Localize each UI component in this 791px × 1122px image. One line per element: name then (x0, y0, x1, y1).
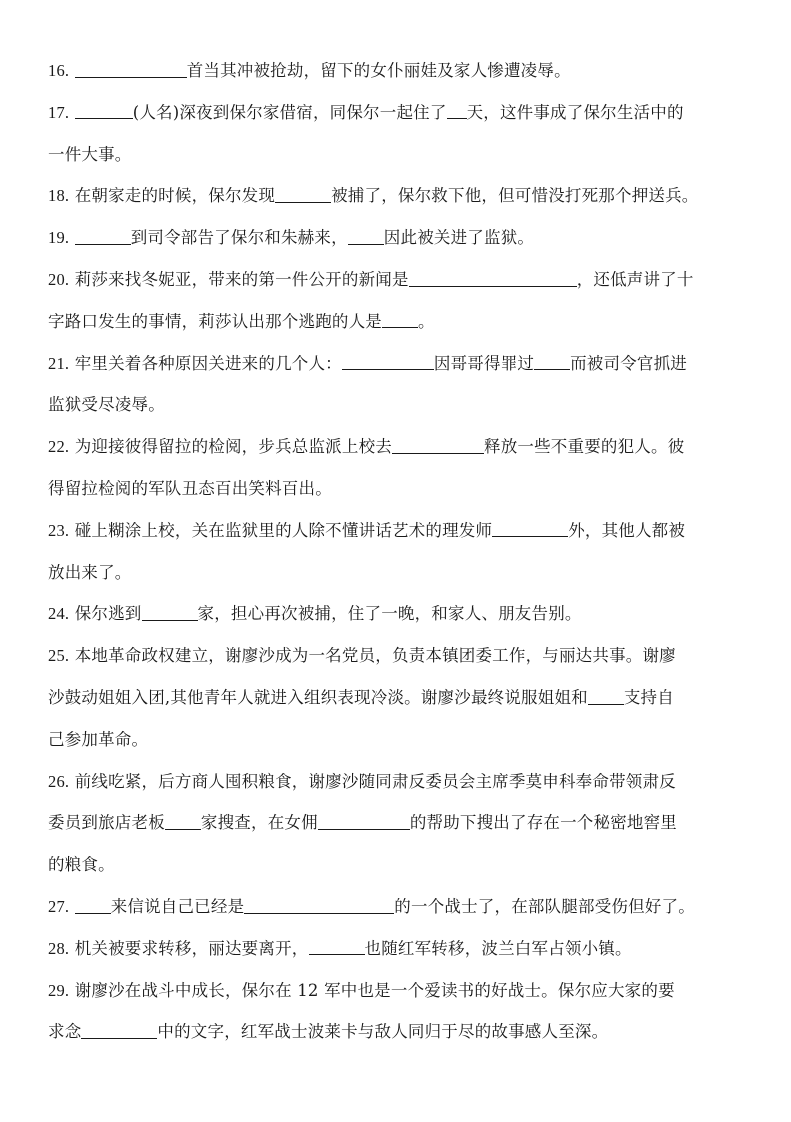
fill-in-blank[interactable] (588, 685, 624, 704)
fill-in-blank[interactable] (81, 1020, 157, 1039)
question-text: 中的文字，红军战士波莱卡与敌人同归于尽的故事感人至深。 (157, 1022, 608, 1041)
question-26-line: 的粮食。 (48, 844, 748, 886)
fill-in-blank[interactable] (75, 100, 133, 119)
question-17-line: 17. (人名)深夜到保尔家借宿，同保尔一起住了天，这件事成了保尔生活中的 (48, 92, 748, 134)
question-21-line: 监狱受尽凌辱。 (48, 384, 748, 426)
question-29-line: 求念中的文字，红军战士波莱卡与敌人同归于尽的故事感人至深。 (48, 1011, 748, 1053)
question-text: 而被司令官抓进 (570, 354, 687, 373)
question-text: 碰上糊涂上校，关在监狱里的人除不懂讲话艺术的理发师 (75, 521, 493, 540)
question-text: 因哥哥得罪过 (434, 354, 534, 373)
question-number: 28. (48, 939, 69, 958)
question-18-line: 18. 在朝家走的时候，保尔发现被捕了，保尔救下他，但可惜没打死那个押送兵。 (48, 175, 748, 217)
fill-in-blank[interactable] (165, 811, 201, 830)
question-text: 求念 (48, 1022, 81, 1041)
question-text: 到司令部告了保尔和朱赫来， (131, 228, 348, 247)
fill-in-blank[interactable] (75, 59, 187, 78)
question-19-line: 19. 到司令部告了保尔和朱赫来，因此被关进了监狱。 (48, 217, 748, 259)
question-25-line: 25. 本地革命政权建立，谢廖沙成为一名党员，负责本镇团委工作，与丽达共事。谢廖 (48, 635, 748, 677)
fill-in-blank[interactable] (142, 602, 198, 621)
question-text: 莉莎来找冬妮亚，带来的第一件公开的新闻是 (75, 270, 409, 289)
question-29-line: 29. 谢廖沙在战斗中成长，保尔在 12 军中也是一个爱读书的好战士。保尔应大家… (48, 970, 748, 1012)
fill-in-blank[interactable] (534, 351, 570, 370)
question-text: 得留拉检阅的军队丑态百出笑料百出。 (48, 479, 332, 498)
question-text: 外，其他人都被 (568, 521, 685, 540)
question-text: 的一个战士了，在部队腿部受伤但好了。 (394, 897, 695, 916)
question-text: 来信说自己已经是 (111, 897, 245, 916)
question-text: 天，这件事成了保尔生活中的 (467, 103, 684, 122)
question-text: 首当其冲被抢劫，留下的女仆丽娃及家人惨遭凌辱。 (187, 61, 571, 80)
question-text: 字路口发生的事情，莉莎认出那个逃跑的人是 (48, 312, 382, 331)
question-text: 因此被关进了监狱。 (384, 228, 534, 247)
question-text: 监狱受尽凌辱。 (48, 395, 165, 414)
question-text: 。 (418, 312, 435, 331)
fill-in-blank[interactable] (75, 226, 131, 245)
question-number: 21. (48, 354, 69, 373)
question-text: 委员到旅店老板 (48, 813, 165, 832)
question-26-line: 委员到旅店老板家搜查，在女佣的帮助下搜出了存在一个秘密地窖里 (48, 802, 748, 844)
question-22-line: 得留拉检阅的军队丑态百出笑料百出。 (48, 468, 748, 510)
question-22-line: 22. 为迎接彼得留拉的检阅，步兵总监派上校去释放一些不重要的犯人。彼 (48, 426, 748, 468)
question-number: 16. (48, 61, 69, 80)
question-text: 被捕了，保尔救下他，但可惜没打死那个押送兵。 (331, 186, 698, 205)
question-text: 支持自 (624, 688, 674, 707)
question-25-line: 沙鼓动姐姐入团,其他青年人就进入组织表现冷淡。谢廖沙最终说服姐姐和支持自 (48, 677, 748, 719)
fill-in-blank[interactable] (318, 811, 410, 830)
question-text: 前线吃紧，后方商人囤积粮食，谢廖沙随同肃反委员会主席季莫申科奉命带领肃反 (75, 772, 676, 791)
question-text: 释放一些不重要的犯人。彼 (484, 437, 684, 456)
question-number: 29. (48, 981, 69, 1000)
question-number: 23. (48, 521, 69, 540)
question-28-line: 28. 机关被要求转移，丽达要离开，也随红军转移，波兰白军占领小镇。 (48, 928, 748, 970)
question-number: 18. (48, 186, 69, 205)
question-text: 在朝家走的时候，保尔发现 (75, 186, 275, 205)
document-page: 16. 首当其冲被抢劫，留下的女仆丽娃及家人惨遭凌辱。17. (人名)深夜到保尔… (48, 50, 748, 1053)
fill-in-blank[interactable] (409, 267, 577, 286)
question-number: 17. (48, 103, 69, 122)
question-21-line: 21. 牢里关着各种原因关进来的几个人：因哥哥得罪过而被司令官抓进 (48, 343, 748, 385)
fill-in-blank[interactable] (447, 100, 467, 119)
question-text: 谢廖沙在战斗中成长，保尔在 12 军中也是一个爱读书的好战士。保尔应大家的要 (75, 981, 675, 1000)
question-text: 家，担心再次被捕，住了一晚，和家人、朋友告别。 (198, 604, 582, 623)
fill-in-blank[interactable] (275, 184, 331, 203)
fill-in-blank[interactable] (342, 351, 434, 370)
fill-in-blank[interactable] (392, 435, 484, 454)
question-text: 的粮食。 (48, 855, 115, 874)
question-20-line: 20. 莉莎来找冬妮亚，带来的第一件公开的新闻是，还低声讲了十 (48, 259, 748, 301)
question-text: 放出来了。 (48, 563, 132, 582)
question-text: (人名)深夜到保尔家借宿，同保尔一起住了 (133, 103, 447, 122)
question-number: 19. (48, 228, 69, 247)
question-text: 一件大事。 (48, 145, 132, 164)
question-17-line: 一件大事。 (48, 134, 748, 176)
question-24-line: 24. 保尔逃到家，担心再次被捕，住了一晚，和家人、朋友告别。 (48, 593, 748, 635)
question-text: 沙鼓动姐姐入团,其他青年人就进入组织表现冷淡。谢廖沙最终说服姐姐和 (48, 688, 588, 707)
question-text: 本地革命政权建立，谢廖沙成为一名党员，负责本镇团委工作，与丽达共事。谢廖 (75, 646, 676, 665)
question-27-line: 27. 来信说自己已经是的一个战士了，在部队腿部受伤但好了。 (48, 886, 748, 928)
question-text: 家搜查，在女佣 (201, 813, 318, 832)
question-23-line: 23. 碰上糊涂上校，关在监狱里的人除不懂讲话艺术的理发师外，其他人都被 (48, 510, 748, 552)
question-16-line: 16. 首当其冲被抢劫，留下的女仆丽娃及家人惨遭凌辱。 (48, 50, 748, 92)
question-number: 26. (48, 772, 69, 791)
question-text: ，还低声讲了十 (577, 270, 694, 289)
question-text: 牢里关着各种原因关进来的几个人： (75, 354, 342, 373)
question-number: 20. (48, 270, 69, 289)
question-text: 为迎接彼得留拉的检阅，步兵总监派上校去 (75, 437, 392, 456)
fill-in-blank[interactable] (309, 936, 365, 955)
question-text: 机关被要求转移，丽达要离开， (75, 939, 309, 958)
fill-in-blank[interactable] (75, 894, 111, 913)
question-number: 22. (48, 437, 69, 456)
question-text: 也随红军转移，波兰白军占领小镇。 (365, 939, 632, 958)
question-number: 27. (48, 897, 69, 916)
question-number: 24. (48, 604, 69, 623)
question-number: 25. (48, 646, 69, 665)
fill-in-blank[interactable] (244, 894, 394, 913)
fill-in-blank[interactable] (348, 226, 384, 245)
question-25-line: 己参加革命。 (48, 719, 748, 761)
question-26-line: 26. 前线吃紧，后方商人囤积粮食，谢廖沙随同肃反委员会主席季莫申科奉命带领肃反 (48, 761, 748, 803)
fill-in-blank[interactable] (492, 518, 568, 537)
question-text: 己参加革命。 (48, 730, 148, 749)
fill-in-blank[interactable] (382, 309, 418, 328)
question-text: 的帮助下搜出了存在一个秘密地窖里 (410, 813, 677, 832)
question-20-line: 字路口发生的事情，莉莎认出那个逃跑的人是。 (48, 301, 748, 343)
question-text: 保尔逃到 (75, 604, 142, 623)
question-23-line: 放出来了。 (48, 552, 748, 594)
